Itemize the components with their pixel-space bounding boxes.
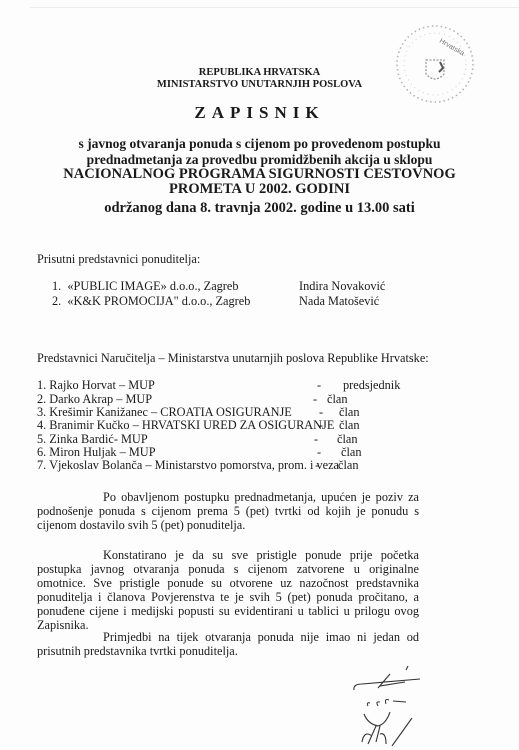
member-name: 4. Branimir Kučko – HRVATSKI URED ZA OSI… — [37, 418, 334, 432]
signature-icon — [350, 664, 440, 746]
member-name: 6. Miron Huljak – MUP — [37, 445, 156, 459]
bidders-label: Prisutni predstavnici ponuditelja: — [37, 252, 200, 266]
member-dash: - — [319, 418, 323, 432]
member-role: član — [341, 445, 361, 459]
member-role: član — [337, 432, 357, 446]
meeting-date: održanog dana 8. travnja 2002. godine u … — [0, 199, 519, 217]
scan-edge-line — [30, 7, 519, 8]
member-dash: - — [314, 432, 318, 446]
member-dash: - — [319, 405, 323, 419]
subtitle-line-2: prednadmetanja za provedbu promidžbenih … — [0, 152, 519, 168]
member-role: član — [338, 458, 358, 472]
bidder-representative: Indira Novaković — [299, 279, 385, 293]
subtitle-line-4: PROMETA U 2002. GODINI — [0, 182, 519, 198]
member-name: 7. Vjekoslav Bolanča – Ministarstvo pomo… — [37, 458, 339, 472]
svg-text:Hrvatska: Hrvatska — [438, 38, 466, 58]
member-dash: - — [317, 445, 321, 459]
member-name: 2. Darko Akrap – MUP — [37, 392, 152, 406]
subtitle-line-1: s javnog otvaranja ponuda s cijenom po p… — [0, 136, 519, 152]
member-dash: - — [315, 458, 319, 472]
member-role: član — [339, 418, 359, 432]
paragraph-opening: Konstatirano je da su sve pristigle ponu… — [37, 548, 419, 632]
paragraph-invitation: Po obavljenom postupku prednadmetanja, u… — [37, 490, 419, 532]
member-dash: - — [313, 392, 317, 406]
member-role: predsjednik — [343, 378, 400, 392]
header-republic: REPUBLIKA HRVATSKA — [0, 67, 519, 79]
client-label: Predstavnici Naručitelja – Ministarstva … — [37, 351, 429, 365]
official-seal-icon: Hrvatska — [393, 22, 477, 106]
member-name: 1. Rajko Horvat – MUP — [37, 378, 155, 392]
member-role: član — [339, 405, 359, 419]
paragraph-objections: Primjedbi na tijek otvaranja ponuda nije… — [37, 630, 419, 658]
member-dash: - — [317, 378, 321, 392]
document-page: Hrvatska REPUBLIKA HRVATSKA MINISTARSTVO… — [0, 0, 519, 750]
document-title: ZAPISNIK — [0, 103, 519, 123]
member-role: član — [327, 392, 347, 406]
member-name: 5. Zinka Bardić- MUP — [37, 432, 148, 446]
header-ministry: MINISTARSTVO UNUTARNJIH POSLOVA — [0, 79, 519, 91]
bidder-company: 2. «K&K PROMOCIJA" d.o.o., Zagreb — [52, 294, 250, 308]
member-name: 3. Krešimir Kanižanec – CROATIA OSIGURAN… — [37, 405, 292, 419]
bidder-representative: Nada Matošević — [299, 294, 379, 308]
bidder-company: 1. «PUBLIC IMAGE» d.o.o., Zagreb — [52, 279, 239, 293]
